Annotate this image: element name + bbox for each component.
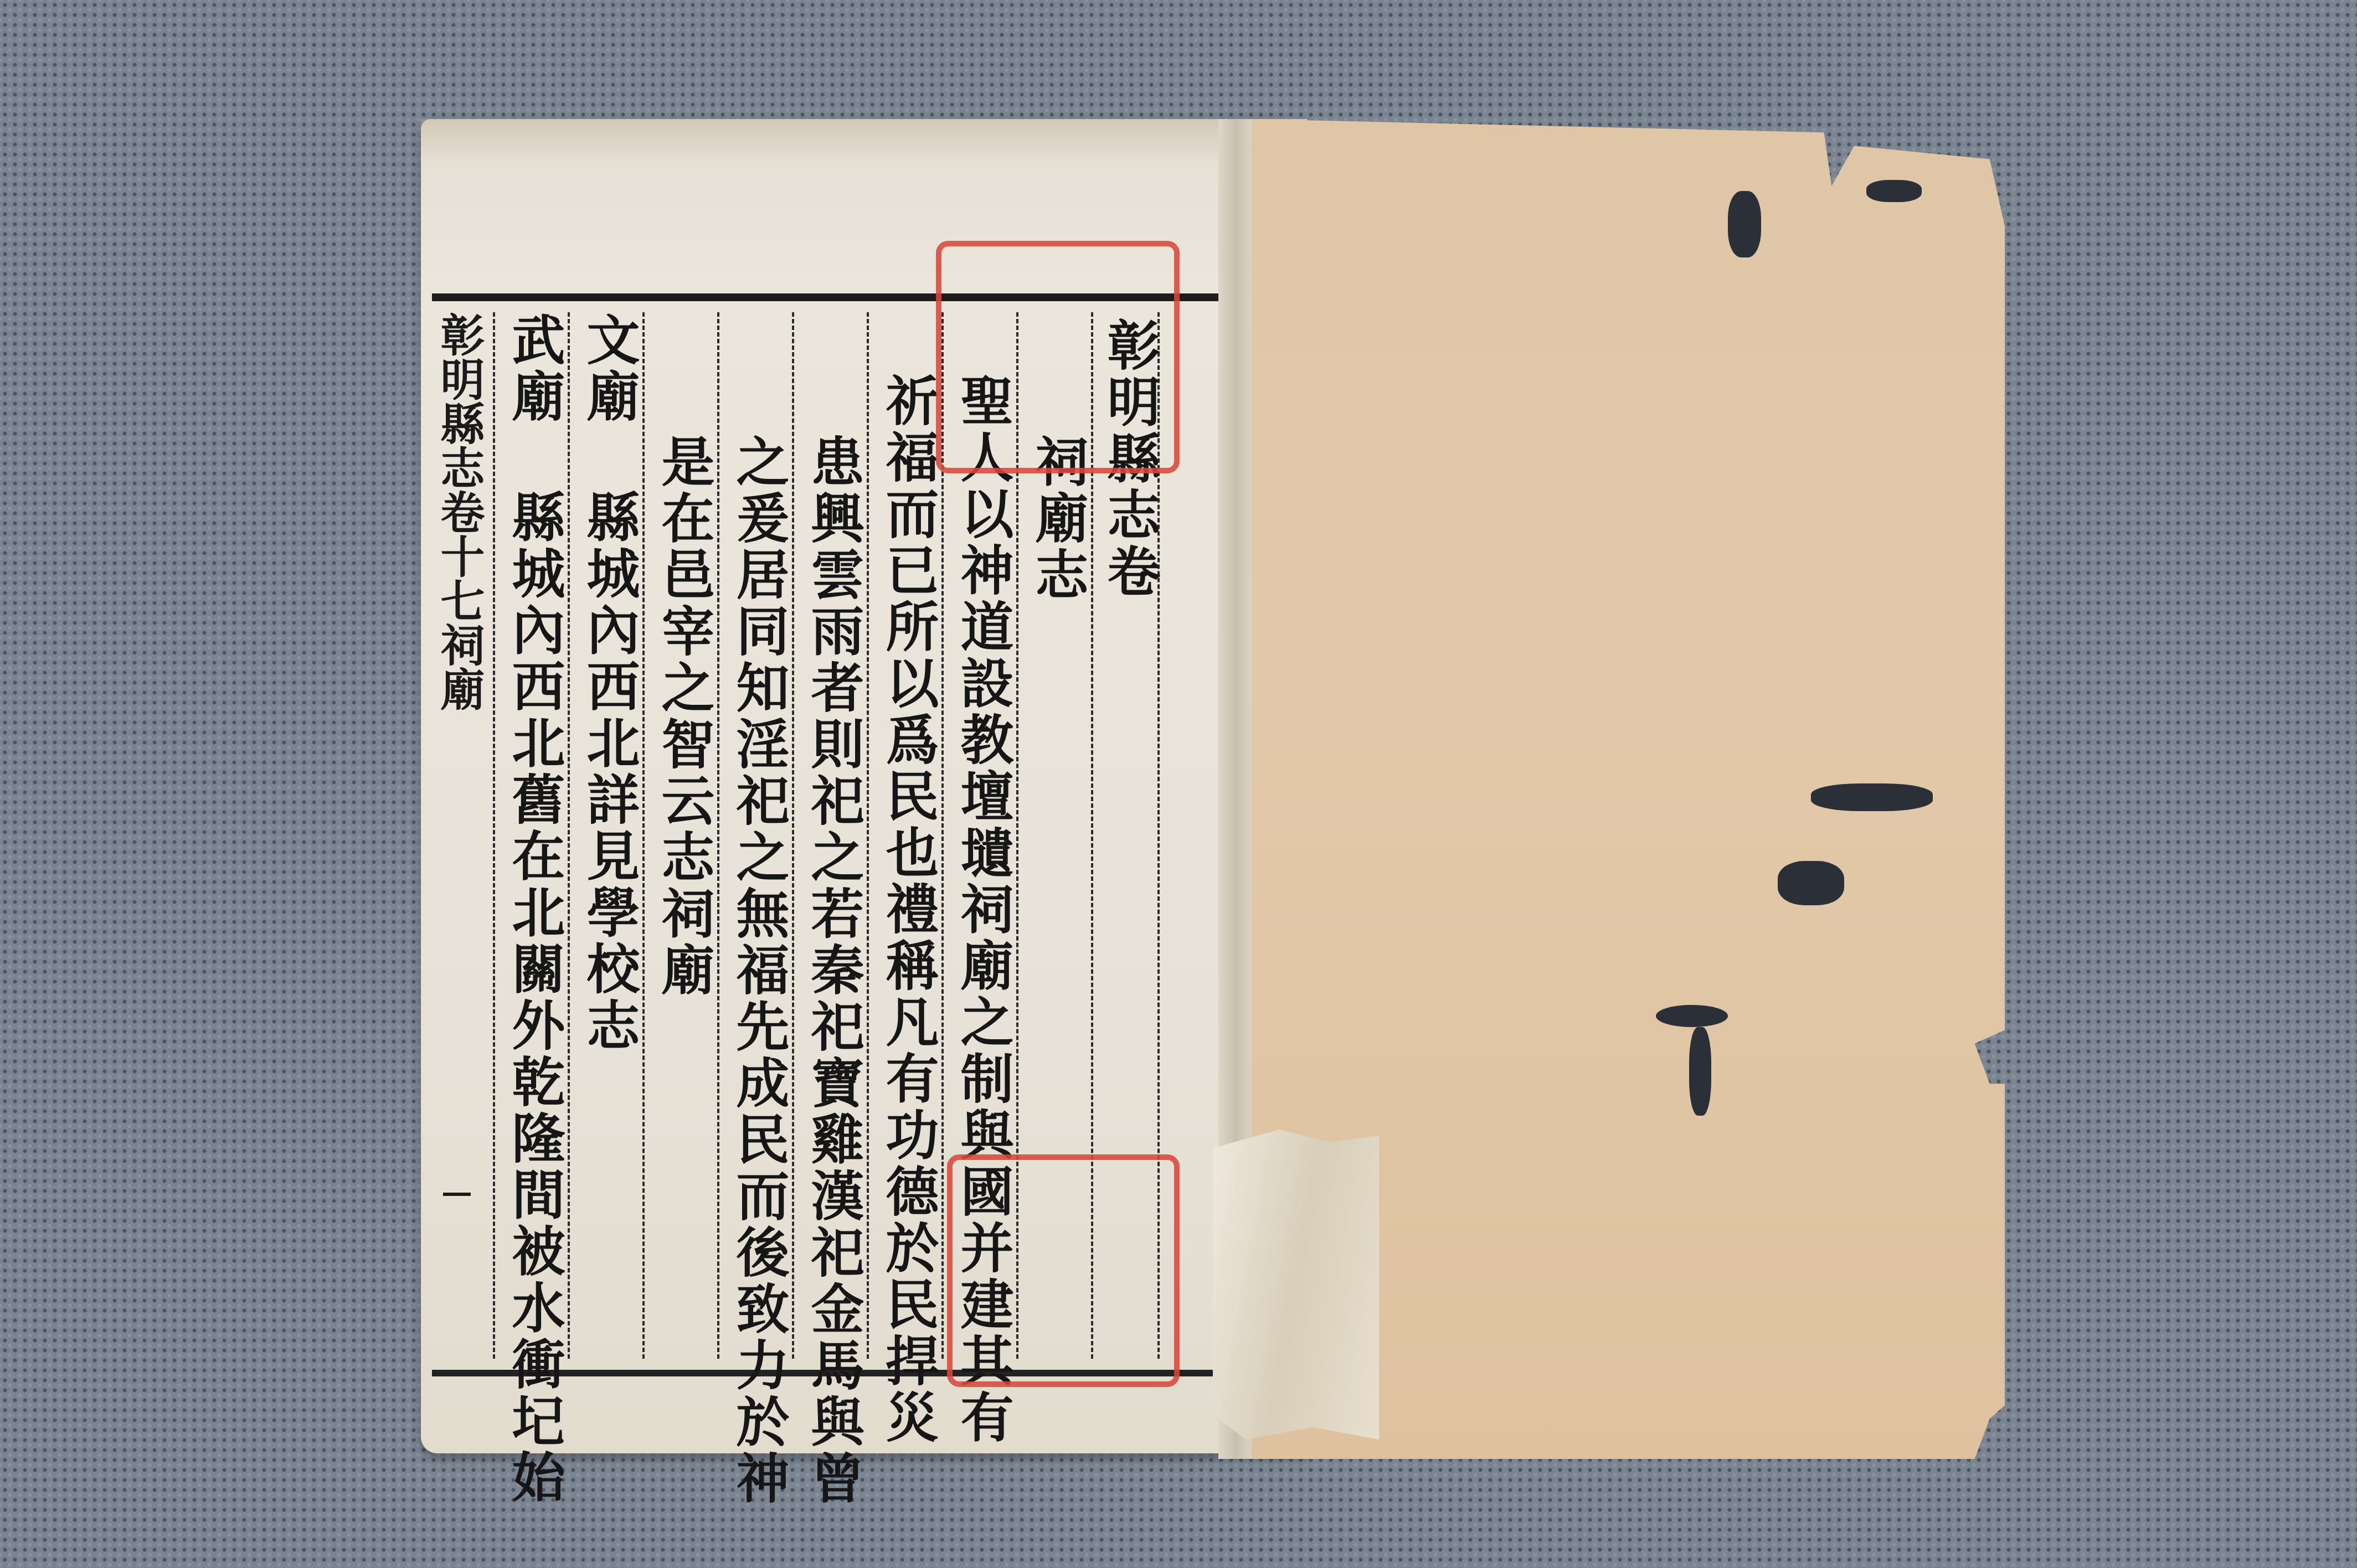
column-rule <box>717 312 719 1359</box>
wormhole <box>1811 783 1933 811</box>
wormhole <box>1778 861 1844 905</box>
column-rule <box>867 312 869 1359</box>
entry-text: 縣城內西北詳見學校志 <box>579 489 640 1054</box>
water-stain <box>421 119 1307 163</box>
entry-text: 縣城內西北舊在北關外乾隆間被水衝圮始 <box>504 489 565 1506</box>
fore-edge-title: 彰明縣志卷十七祠廟 <box>434 312 484 711</box>
page-number-mark <box>443 1193 471 1196</box>
wormhole <box>1656 1005 1728 1027</box>
column-rule <box>792 312 794 1359</box>
torn-spine-paper <box>1213 1129 1379 1440</box>
text-column: 是在邑宰之智云志祠廟 <box>653 434 714 999</box>
text-column: 之爰居同知淫祀之無福先成民而後致力於神 <box>728 434 789 1507</box>
fore-edge-juan: 卷十七 <box>433 489 485 622</box>
fore-edge-book-title: 彰明縣志 <box>433 312 485 489</box>
collector-seal-bottom <box>947 1154 1180 1387</box>
fore-edge-section: 祠廟 <box>433 622 485 711</box>
wormhole <box>1689 1027 1711 1116</box>
column-rule <box>568 312 570 1359</box>
text-column: 祈福而已所以爲民也禮稱凡有功德於民捍災 <box>878 373 939 1446</box>
wormhole <box>1728 191 1761 257</box>
column-rule <box>493 312 495 1359</box>
open-book: 彰明縣志卷十七祠廟 彰明縣志卷 祠廟志 聖人以神道設教壇壝祠廟之制與國并建其有 … <box>0 0 2357 1568</box>
collector-seal-top <box>936 241 1180 473</box>
column-rule <box>642 312 645 1359</box>
text-column: 患興雲雨者則祀之若秦祀寶雞漢祀金馬與曾 <box>803 434 864 1507</box>
entry-heading: 文廟 <box>579 312 640 425</box>
wormhole <box>1866 180 1922 202</box>
entry-heading: 武廟 <box>504 312 565 425</box>
